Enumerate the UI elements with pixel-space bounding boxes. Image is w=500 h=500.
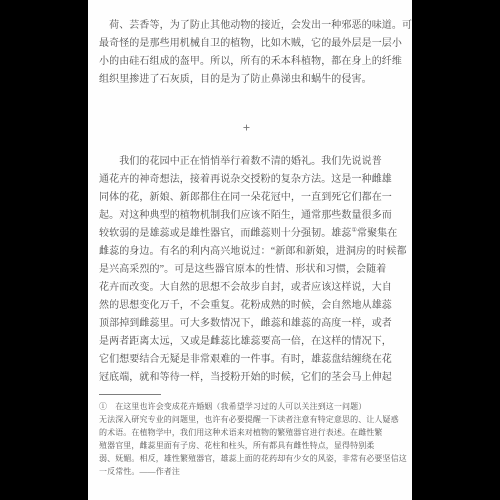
text-line: 通花卉的神奇想法，接着再说杂交授粉的复杂方法。这是一种雌雄 [99,171,394,189]
text-line: 它们想要结合无疑是非常艰难的一件事。有时，雄蕊盘结缠绕在花 [99,351,394,369]
text-line: 无法深入研究专业的问题里，也许有必要提醒一下读者注意有特定意思的、让人疑惑 [99,413,394,426]
text-line: 一反常性。——作者注 [99,465,394,478]
footnote-block: ① 在这里也许会变成花卉婚姻（我希望学习过的人可以关注到这一问题）无法深入研究专… [99,400,394,478]
footnote-reference-mark: ① [352,228,357,234]
book-page: 荷、芸香等，为了防止其他动物的接近，会发出一种邪恶的味道。可最奇怪的是那些用机械… [88,0,412,500]
section-divider-cross: + [99,119,394,137]
paragraph-continued: 荷、芸香等，为了防止其他动物的接近，会发出一种邪恶的味道。可最奇怪的是那些用机械… [99,17,394,89]
reader-background: 荷、芸香等，为了防止其他动物的接近，会发出一种邪恶的味道。可最奇怪的是那些用机械… [0,0,500,500]
text-line: 同体的花，新娘、新郎都住在同一朵花冠中，一直到死它们都在一 [99,189,394,207]
text-line: 顶部掉到雌蕊里。可大多数情况下，雌蕊和雄蕊的高度一样，或者 [99,315,394,333]
text-line: 荷、芸香等，为了防止其他动物的接近，会发出一种邪恶的味道。可 [99,17,394,35]
text-line: 起。对这种典型的植物机制我们应该不陌生，通常那些数量很多而 [99,207,394,225]
footnote-separator-rule [99,394,161,395]
text-line: 组织里掺进了石灰质，目的是为了防止鼻涕虫和蜗牛的侵害。 [99,71,394,89]
text-line: 是两者距离太远，又或是雌蕊比雄蕊要高一倍，在这样的情况下， [99,333,394,351]
text-line: 我们的花园中正在悄悄举行着数不清的婚礼。我们先说说普 [99,153,394,171]
text-line: 花卉而改变。大自然的思想不会故步自封，或者应该这样说，大自 [99,279,394,297]
text-line: 弱、妩媚。相反，雄性繁殖器官，雄蕊上面的花药却有少女的风姿，非常有必要坚信这 [99,452,394,465]
text-line: 雌蕊的身边。有名的利内高兴地说过：“新郎和新娘，进洞房的时候都 [99,243,394,261]
text-line: ① 在这里也许会变成花卉婚姻（我希望学习过的人可以关注到这一问题） [99,400,394,413]
text-line: 最奇怪的是那些用机械自卫的植物，比如木贼，它的最外层是一层小 [99,35,394,53]
text-line: 较软弱的是雄蕊或是雄性器官，而雌蕊则十分强韧。雄蕊①常聚集在 [99,225,394,243]
paragraph-main: 我们的花园中正在悄悄举行着数不清的婚礼。我们先说说普通花卉的神奇想法，接着再说杂… [99,153,394,387]
text-line: 小的由硅石组成的盔甲。所以，所有的禾本科植物，都在身上的纤维 [99,53,394,71]
text-line: 是兴高采烈的”。可是这些器官原本的性情、形状和习惯，会随着 [99,261,394,279]
text-line: 然的思想变化万千，不会重复。花粉成熟的时候，会自然地从雄蕊 [99,297,394,315]
text-line: 殖器官里，雌蕊里面有子房、花柱和柱头，所有都具有雌性特点，显得特别柔 [99,439,394,452]
text-line: 的术语。在植物学中，我们用这种术语来对植物的繁殖器官进行表述。在雌性繁 [99,426,394,439]
text-line: 冠底端，就和等待一样，当授粉开始的时候，它们的茎会马上伸起 [99,369,394,387]
